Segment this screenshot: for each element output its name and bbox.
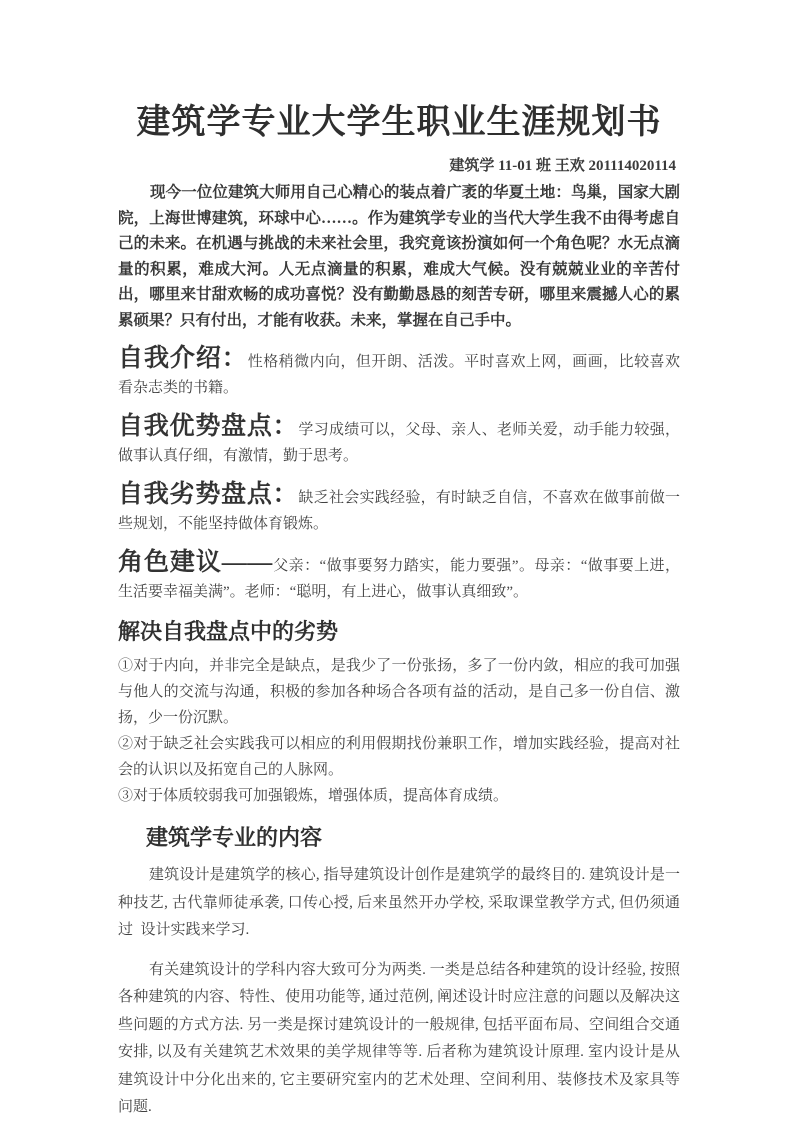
- section-head-self-introduction: 自我介绍：: [118, 345, 248, 372]
- major-paragraph-1: 建筑设计是建筑学的核心, 指导建筑设计创作是建筑学的最终目的. 建筑设计是一种技…: [118, 862, 680, 945]
- section-weaknesses: 自我劣势盘点：缺乏社会实践经验，有时缺乏自信，不喜欢在做事前做一些规划，不能坚持…: [118, 482, 680, 537]
- section-self-introduction: 自我介绍：性格稍微内向，但开朗、活泼。平时喜欢上网，画画，比较喜欢看杂志类的书籍…: [118, 346, 680, 401]
- section-head-role-advice: 角色建议——: [118, 549, 273, 576]
- document-title: 建筑学专业大学生职业生涯规划书: [118, 102, 680, 144]
- weakness-item-1: ①对于内向，并非完全是缺点，是我少了一份张扬，多了一份内敛，相应的我可加强与他人…: [118, 653, 680, 731]
- section-head-strengths: 自我优势盘点：: [118, 413, 298, 440]
- heading-solve-weaknesses: 解决自我盘点中的劣势: [118, 618, 680, 646]
- heading-major-content: 建筑学专业的内容: [118, 824, 680, 852]
- document-page: 建筑学专业大学生职业生涯规划书 建筑学 11-01 班 王欢 201114020…: [0, 0, 793, 1122]
- major-paragraph-2: 有关建筑设计的学科内容大致可分为两类. 一类是总结各种建筑的设计经验, 按照各种…: [118, 957, 680, 1122]
- intro-paragraph: 现今一位位建筑大师用自己心精心的装点着广袤的华夏土地：鸟巢，国家大剧院，上海世博…: [118, 180, 680, 333]
- weakness-item-2: ②对于缺乏社会实践我可以相应的利用假期找份兼职工作，增加实践经验，提高对社会的认…: [118, 731, 680, 783]
- weakness-item-3: ③对于体质较弱我可加强锻炼，增强体质，提高体育成绩。: [118, 783, 680, 809]
- author-byline: 建筑学 11-01 班 王欢 201114020114: [118, 156, 680, 176]
- section-strengths: 自我优势盘点：学习成绩可以，父母、亲人、老师关爱，动手能力较强，做事认真仔细，有…: [118, 414, 680, 469]
- section-role-advice: 角色建议——父亲：“做事要努力踏实，能力要强”。母亲：“做事要上进，生活要幸福美…: [118, 550, 680, 605]
- section-head-weaknesses: 自我劣势盘点：: [118, 481, 298, 508]
